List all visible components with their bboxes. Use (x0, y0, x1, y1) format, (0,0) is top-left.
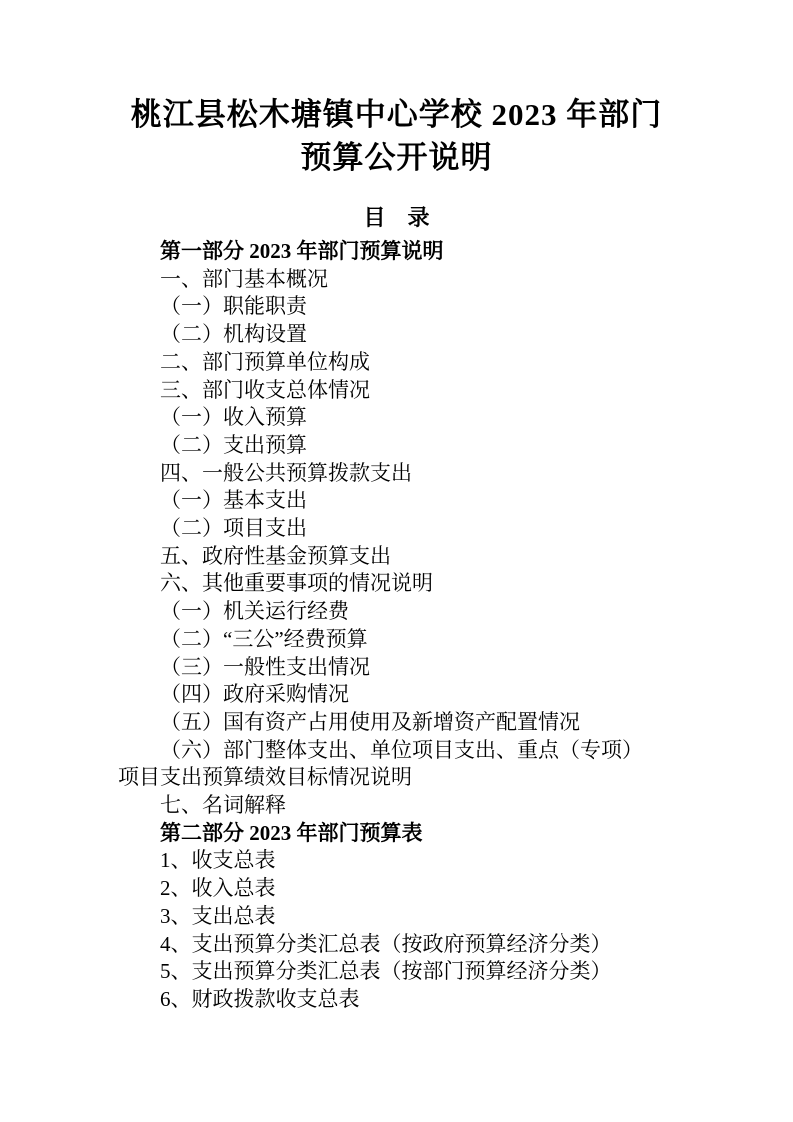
toc-item: （五）国有资产占用使用及新增资产配置情况 (118, 709, 681, 737)
toc-item: 六、其他重要事项的情况说明 (118, 570, 681, 598)
toc-item: （一）收入预算 (118, 404, 681, 432)
toc-item: 6、财政拨款收支总表 (118, 986, 681, 1014)
toc-list: 第一部分 2023 年部门预算说明一、部门基本概况（一）职能职责（二）机构设置二… (118, 238, 681, 1014)
toc-item: 1、收支总表 (118, 847, 681, 875)
toc-item: 三、部门收支总体情况 (118, 377, 681, 405)
document-title-line-2: 预算公开说明 (55, 136, 738, 179)
toc-item: （二）支出预算 (118, 432, 681, 460)
toc-item: 二、部门预算单位构成 (118, 349, 681, 377)
toc-item: （一）基本支出 (118, 487, 681, 515)
toc-item: （一）机关运行经费 (118, 598, 681, 626)
toc-item: 五、政府性基金预算支出 (118, 543, 681, 571)
toc-item: （一）职能职责 (118, 293, 681, 321)
toc-item: 4、支出预算分类汇总表（按政府预算经济分类） (118, 931, 681, 959)
document-title: 桃江县松木塘镇中心学校 2023 年部门 预算公开说明 (55, 93, 738, 179)
document-page: 桃江县松木塘镇中心学校 2023 年部门 预算公开说明 目 录 第一部分 202… (0, 0, 793, 1122)
toc-item: （三）一般性支出情况 (118, 654, 681, 682)
toc-heading: 目 录 (0, 204, 793, 232)
toc-item: 四、一般公共预算拨款支出 (118, 460, 681, 488)
toc-item: （二）机构设置 (118, 321, 681, 349)
toc-item: 3、支出总表 (118, 903, 681, 931)
document-title-line-1: 桃江县松木塘镇中心学校 2023 年部门 (55, 93, 738, 136)
toc-item: （六）部门整体支出、单位项目支出、重点（专项） 项目支出预算绩效目标情况说明 (118, 737, 681, 792)
toc-item: 一、部门基本概况 (118, 266, 681, 294)
toc-item: 5、支出预算分类汇总表（按部门预算经济分类） (118, 958, 681, 986)
toc-item: 第二部分 2023 年部门预算表 (118, 820, 681, 848)
toc-item: 七、名词解释 (118, 792, 681, 820)
toc-item: 2、收入总表 (118, 875, 681, 903)
toc-item: （二）“三公”经费预算 (118, 626, 681, 654)
toc-item: （四）政府采购情况 (118, 681, 681, 709)
toc-item: （二）项目支出 (118, 515, 681, 543)
toc-item: 第一部分 2023 年部门预算说明 (118, 238, 681, 266)
